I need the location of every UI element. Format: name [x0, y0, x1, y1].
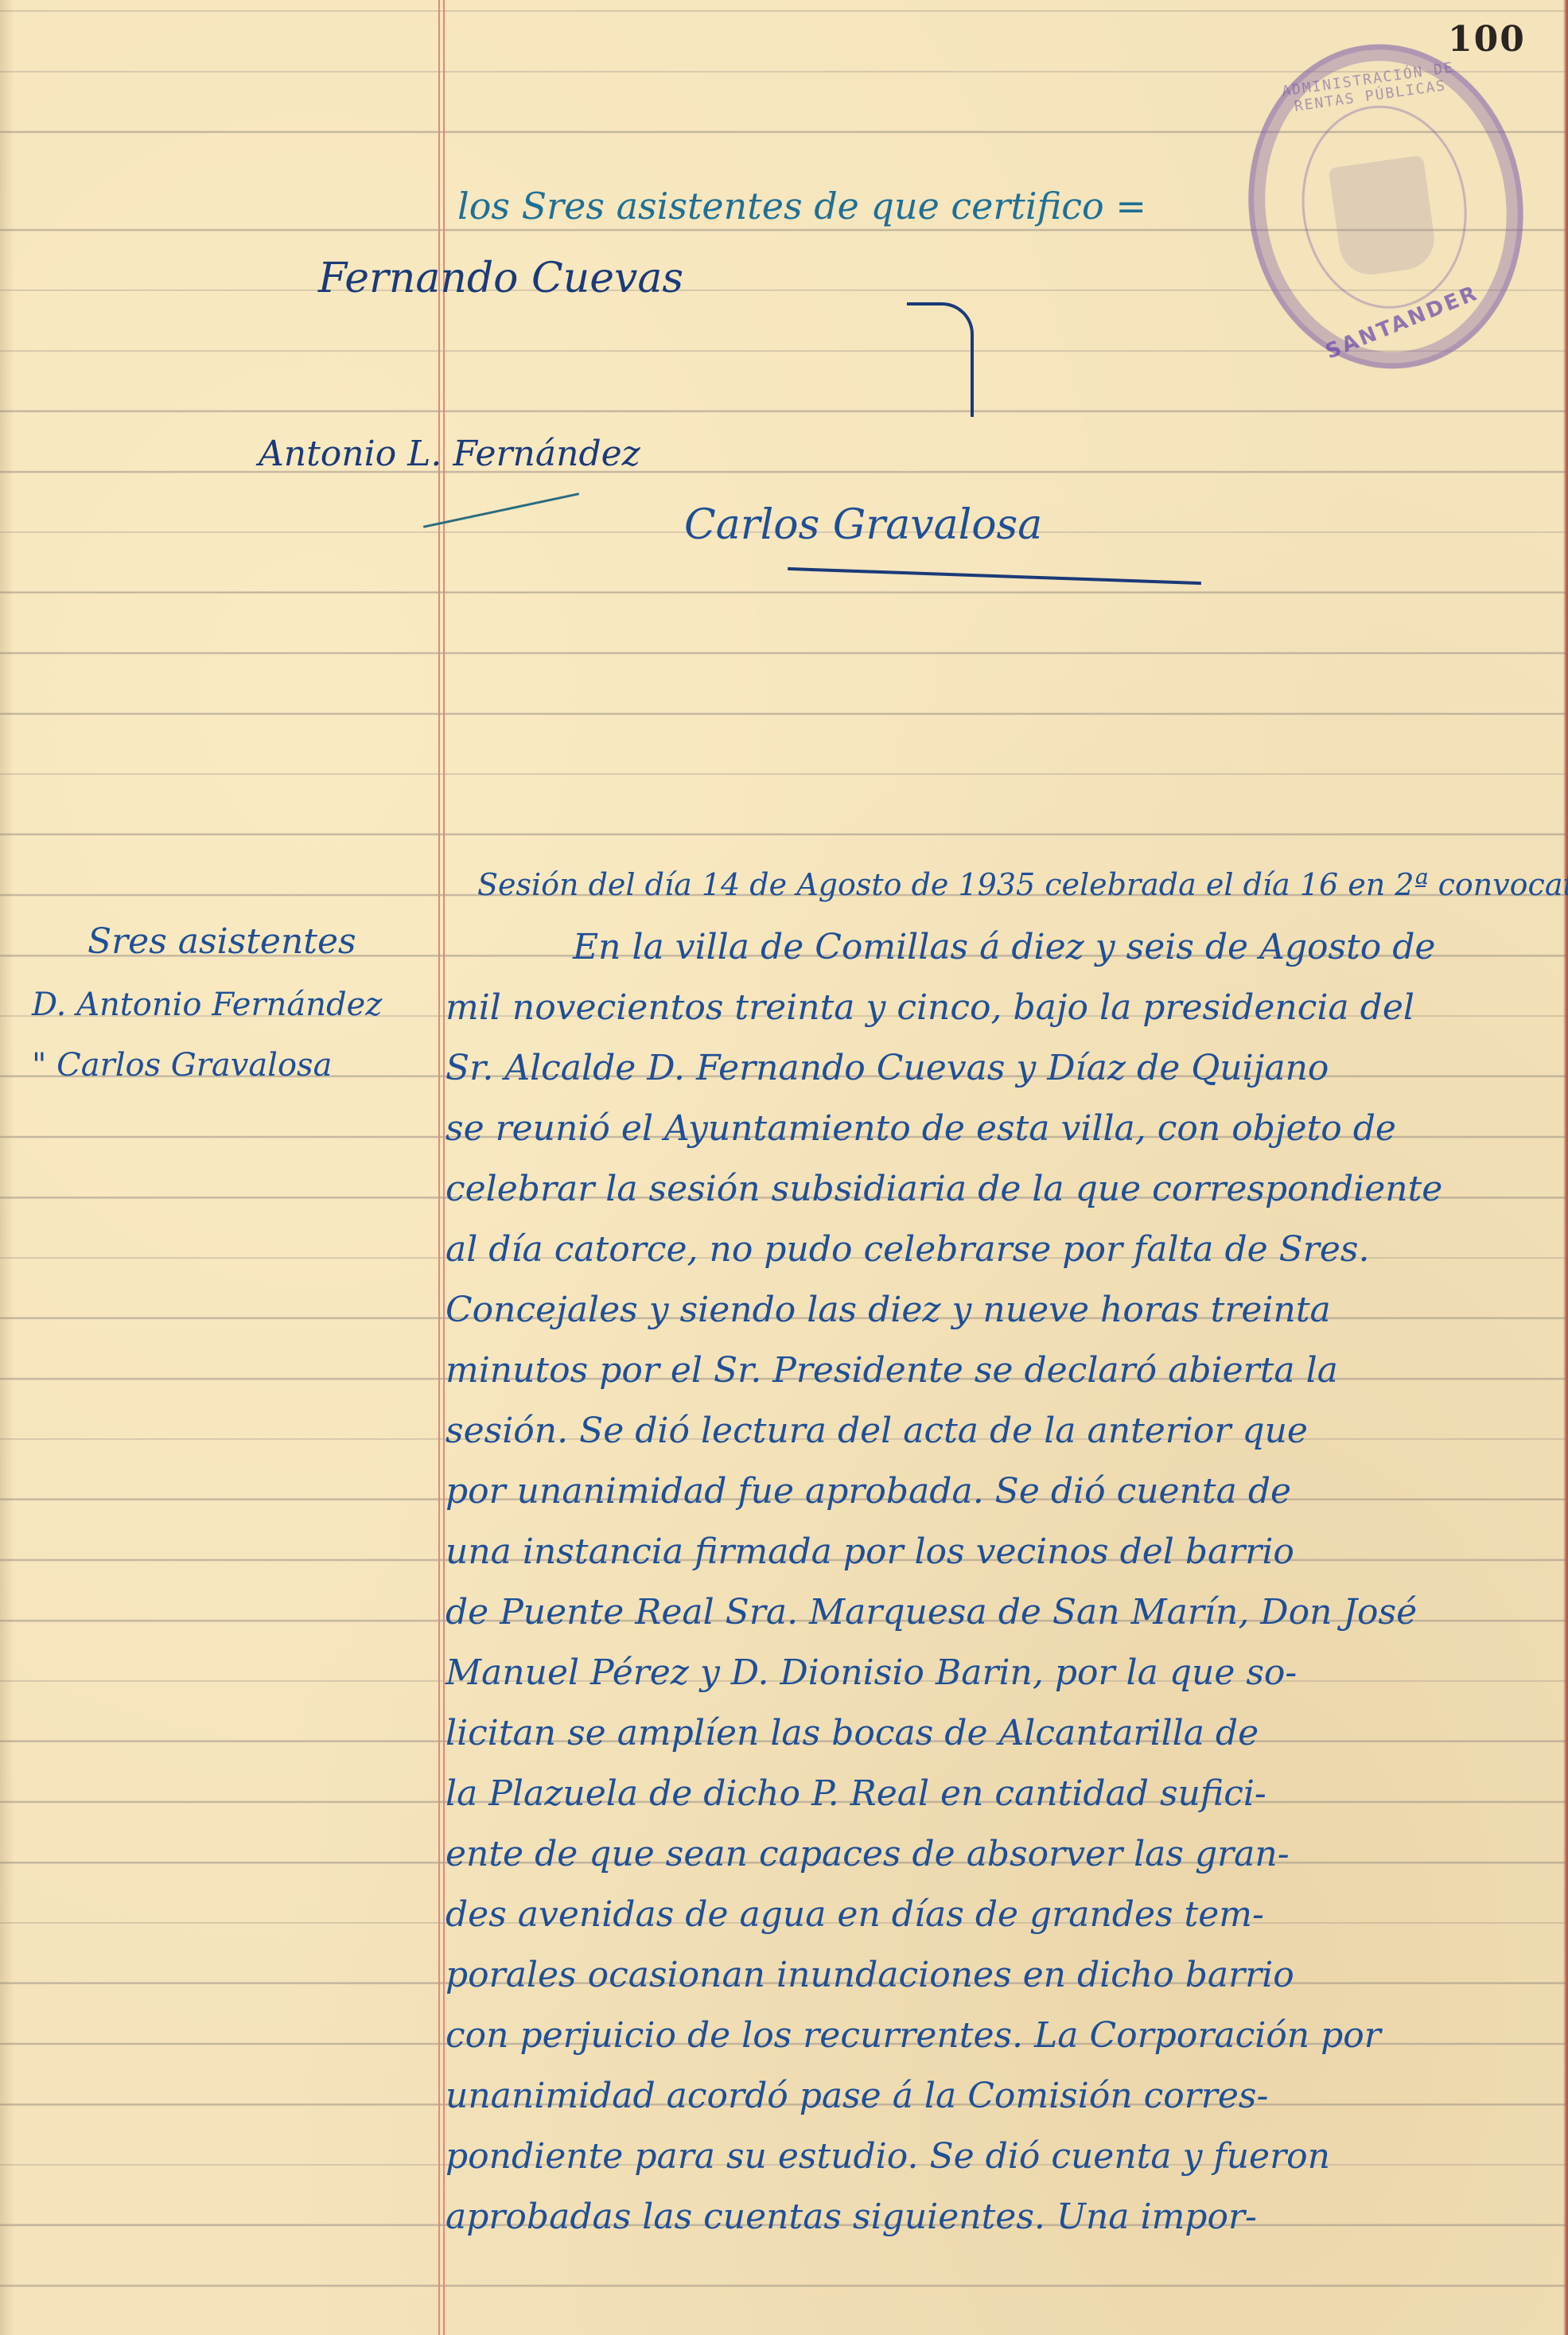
session-title: Sesión del día 14 de Agosto de 1935 cele…: [477, 867, 1568, 902]
body-line: minutos por el Sr. Presidente se declaró…: [445, 1350, 1338, 1391]
body-line: porales ocasionan inundaciones en dicho …: [445, 1955, 1294, 1995]
signature-carlos-gravalosa: Carlos Gravalosa: [684, 501, 1042, 549]
body-line: sesión. Se dió lectura del acta de la an…: [445, 1411, 1308, 1451]
body-line: una instancia firmada por los vecinos de…: [445, 1531, 1294, 1572]
coat-of-arms-icon: [1329, 155, 1438, 278]
signature-fernando-cuevas: Fernando Cuevas: [318, 255, 683, 302]
body-line: por unanimidad fue aprobada. Se dió cuen…: [445, 1471, 1291, 1512]
body-line: aprobadas las cuentas siguientes. Una im…: [445, 2197, 1257, 2237]
body-line: al día catorce, no pudo celebrarse por f…: [445, 1229, 1369, 1270]
body-line: unanimidad acordó pase á la Comisión cor…: [445, 2076, 1268, 2116]
body-line: pondiente para su estudio. Se dió cuenta…: [445, 2136, 1330, 2177]
body-line: la Plazuela de dicho P. Real en cantidad…: [445, 1773, 1266, 1814]
body-line: se reunió el Ayuntamiento de esta villa,…: [445, 1108, 1396, 1149]
body-line: des avenidas de agua en días de grandes …: [445, 1894, 1264, 1935]
margin-attendee: D. Antonio Fernández: [32, 987, 382, 1023]
body-line: mil novecientos treinta y cinco, bajo la…: [445, 987, 1414, 1028]
body-line: con perjuicio de los recurrentes. La Cor…: [445, 2015, 1381, 2056]
signature-flourish: [907, 302, 974, 417]
margin-attendee: " Carlos Gravalosa: [32, 1047, 332, 1084]
signature-antonio-fernandez: Antonio L. Fernández: [259, 434, 640, 474]
manuscript-page: 100 ADMINISTRACIÓN DE RENTAS PÚBLICAS SA…: [0, 0, 1568, 2335]
margin-rule-left: [438, 0, 440, 2335]
closing-certification-line: los Sres asistentes de que certifico =: [457, 185, 1146, 228]
body-line: Manuel Pérez y D. Dionisio Barin, por la…: [445, 1652, 1297, 1693]
body-line: Sr. Alcalde D. Fernando Cuevas y Díaz de…: [445, 1048, 1329, 1088]
body-line: de Puente Real Sra. Marquesa de San Marí…: [445, 1592, 1417, 1633]
binding-shadow: [0, 0, 14, 2335]
body-line: Concejales y siendo las diez y nueve hor…: [445, 1290, 1331, 1330]
body-line: En la villa de Comillas á diez y seis de…: [573, 927, 1435, 967]
margin-heading: Sres asistentes: [88, 921, 356, 962]
folio-number: 100: [1448, 19, 1526, 60]
body-line: celebrar la sesión subsidiaria de la que…: [445, 1169, 1442, 1209]
margin-rule-right: [443, 0, 445, 2335]
body-line: ente de que sean capaces de absorver las…: [445, 1834, 1290, 1874]
page-edge: [1563, 0, 1568, 2335]
body-line: licitan se amplíen las bocas de Alcantar…: [445, 1713, 1259, 1753]
